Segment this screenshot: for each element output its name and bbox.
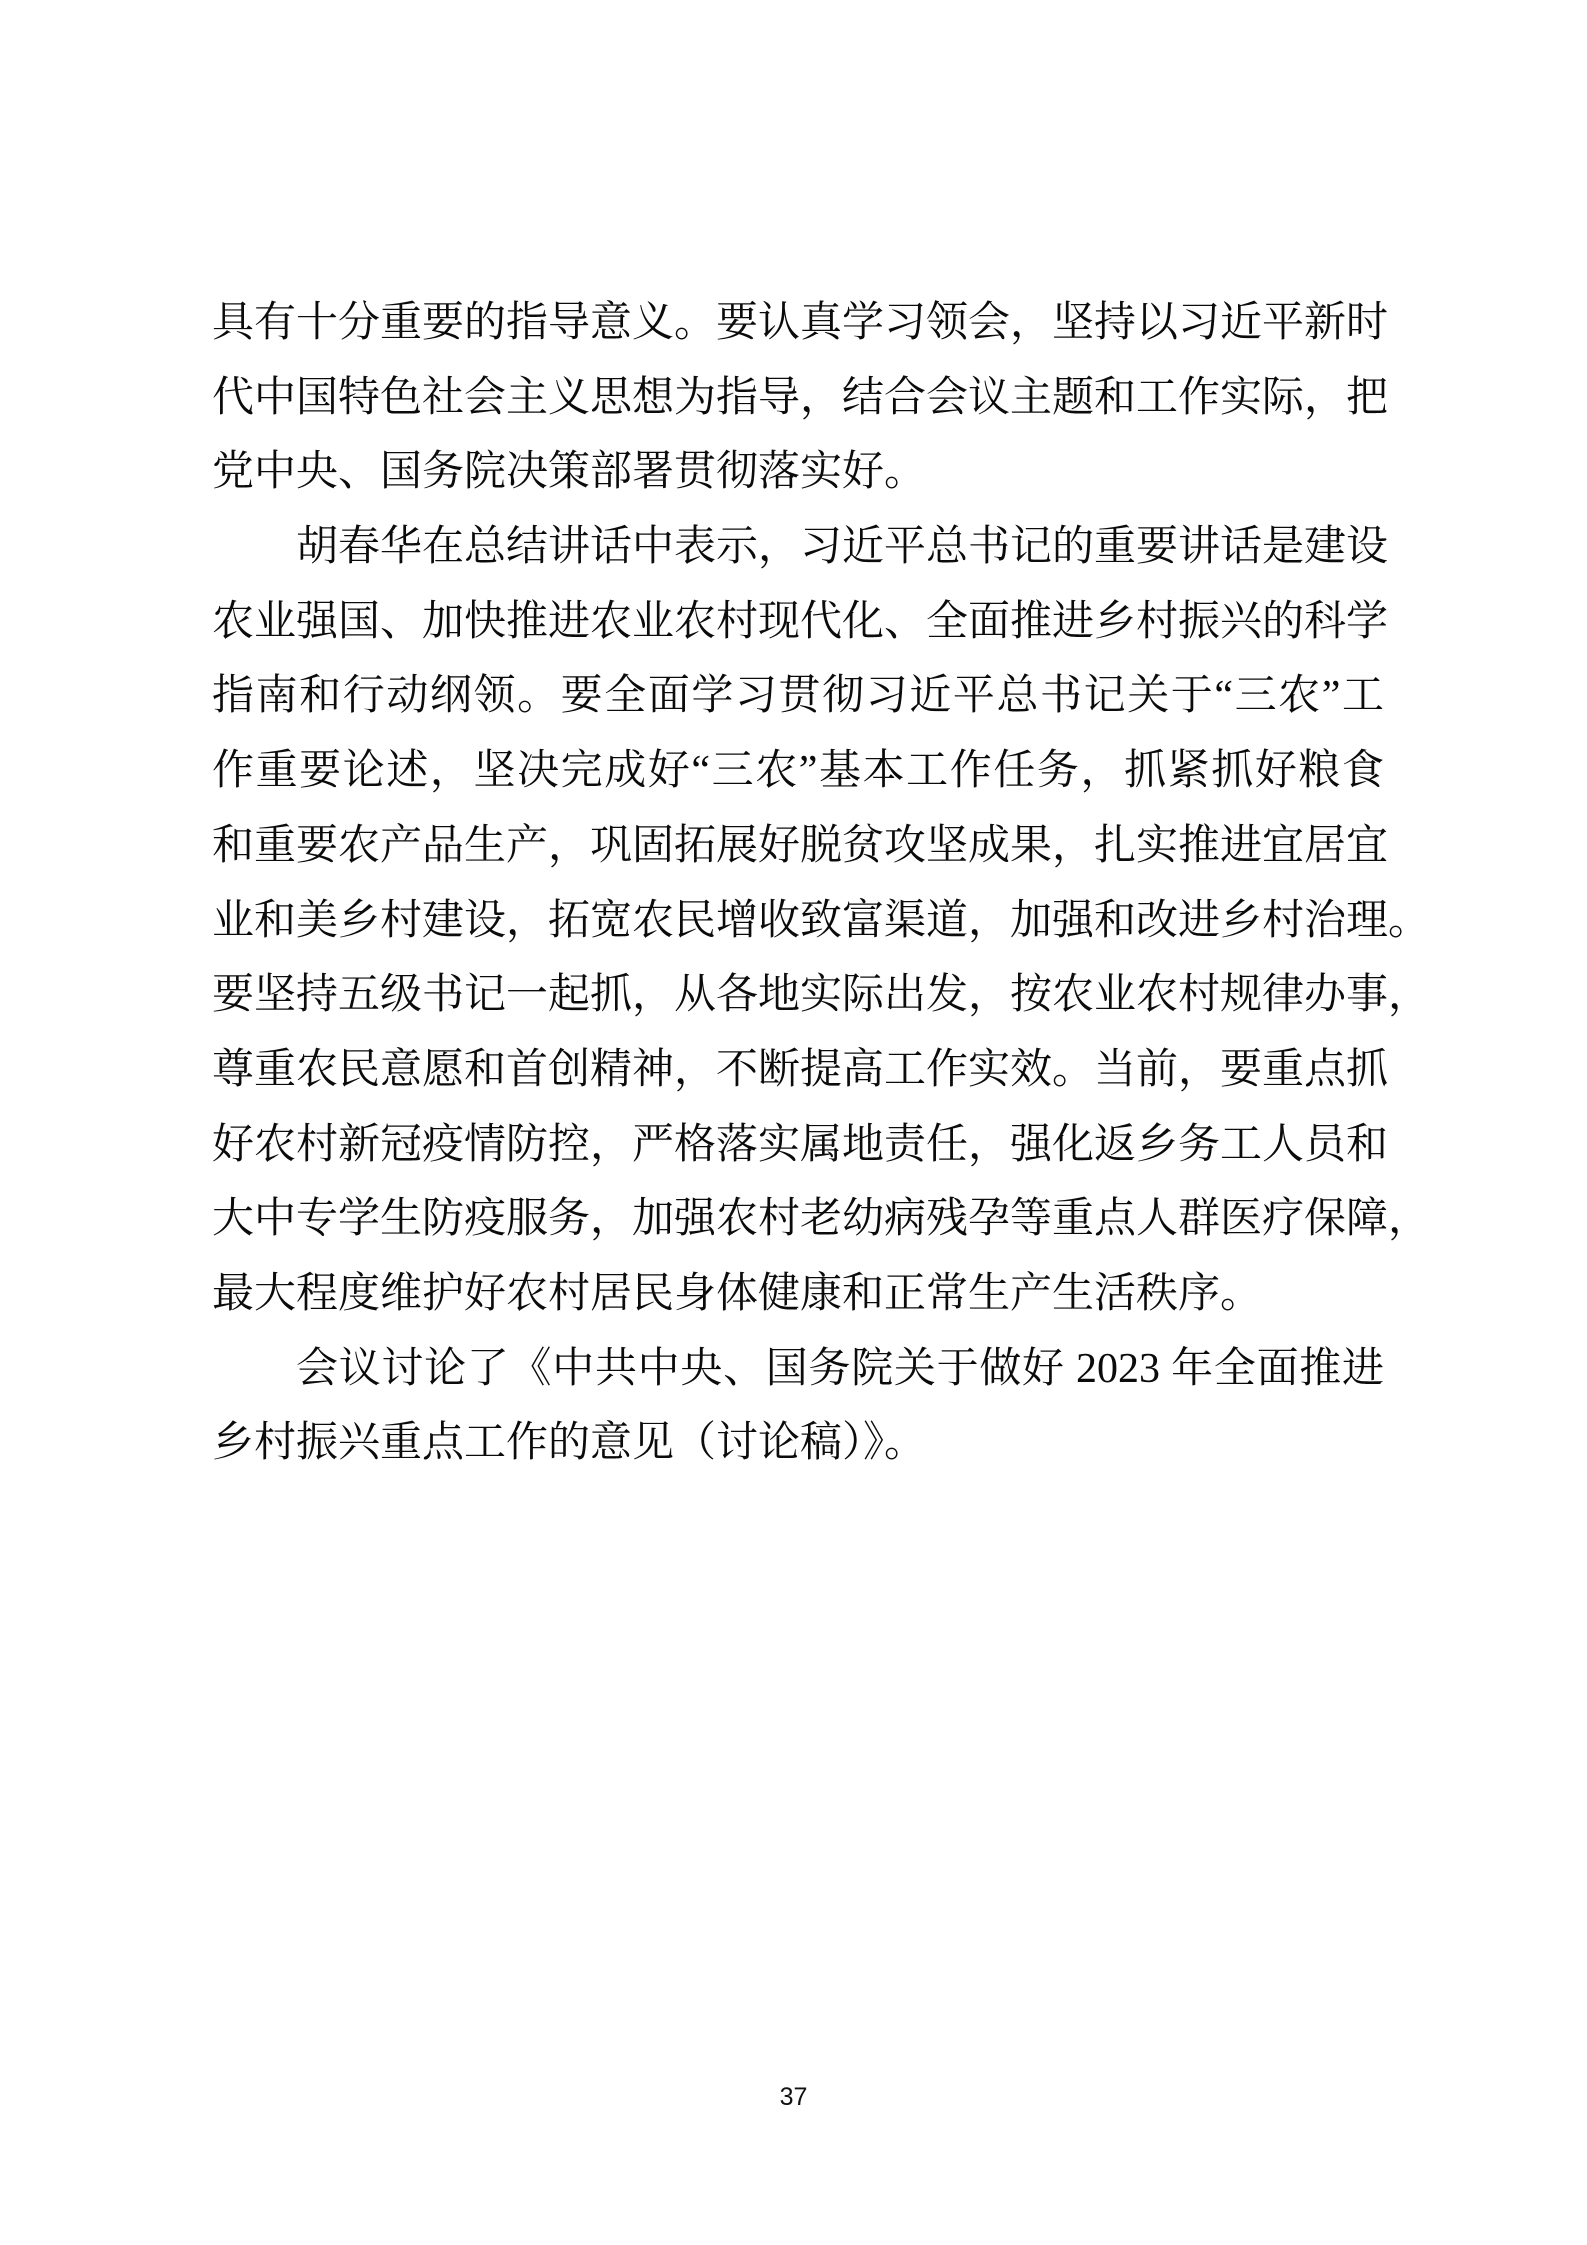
text-line: 具有十分重要的指导意义。要认真学习领会，坚持以习近平新时 <box>212 286 1384 361</box>
page-number: 37 <box>780 2083 808 2111</box>
text-line: 和重要农产品生产，巩固拓展好脱贫攻坚成果，扎实推进宜居宜 <box>212 809 1384 884</box>
document-page: 具有十分重要的指导意义。要认真学习领会，坚持以习近平新时 代中国特色社会主义思想… <box>0 0 1587 2245</box>
text-line: 尊重农民意愿和首创精神，不断提高工作实效。当前，要重点抓 <box>212 1033 1384 1108</box>
text-line: 党中央、国务院决策部署贯彻落实好。 <box>212 435 1384 510</box>
text-line: 最大程度维护好农村居民身体健康和正常生产生活秩序。 <box>212 1257 1384 1332</box>
text-line: 农业强国、加快推进农业农村现代化、全面推进乡村振兴的科学 <box>212 585 1384 660</box>
text-line: 胡春华在总结讲话中表示，习近平总书记的重要讲话是建设 <box>212 510 1384 585</box>
text-line: 大中专学生防疫服务，加强农村老幼病残孕等重点人群医疗保障， <box>212 1182 1384 1257</box>
text-line: 会议讨论了《中共中央、国务院关于做好 2023 年全面推进 <box>212 1332 1384 1407</box>
text-line: 要坚持五级书记一起抓，从各地实际出发，按农业农村规律办事， <box>212 958 1384 1033</box>
text-line: 作重要论述，坚决完成好“三农”基本工作任务，抓紧抓好粮食 <box>212 734 1384 809</box>
document-body: 具有十分重要的指导意义。要认真学习领会，坚持以习近平新时 代中国特色社会主义思想… <box>212 286 1384 1481</box>
text-line: 乡村振兴重点工作的意见（讨论稿）》。 <box>212 1406 1384 1481</box>
text-line: 好农村新冠疫情防控，严格落实属地责任，强化返乡务工人员和 <box>212 1108 1384 1183</box>
text-line: 业和美乡村建设，拓宽农民增收致富渠道，加强和改进乡村治理。 <box>212 884 1384 959</box>
text-line: 指南和行动纲领。要全面学习贯彻习近平总书记关于“三农”工 <box>212 659 1384 734</box>
page-footer: 37 <box>0 2083 1587 2112</box>
text-line: 代中国特色社会主义思想为指导，结合会议主题和工作实际，把 <box>212 361 1384 436</box>
